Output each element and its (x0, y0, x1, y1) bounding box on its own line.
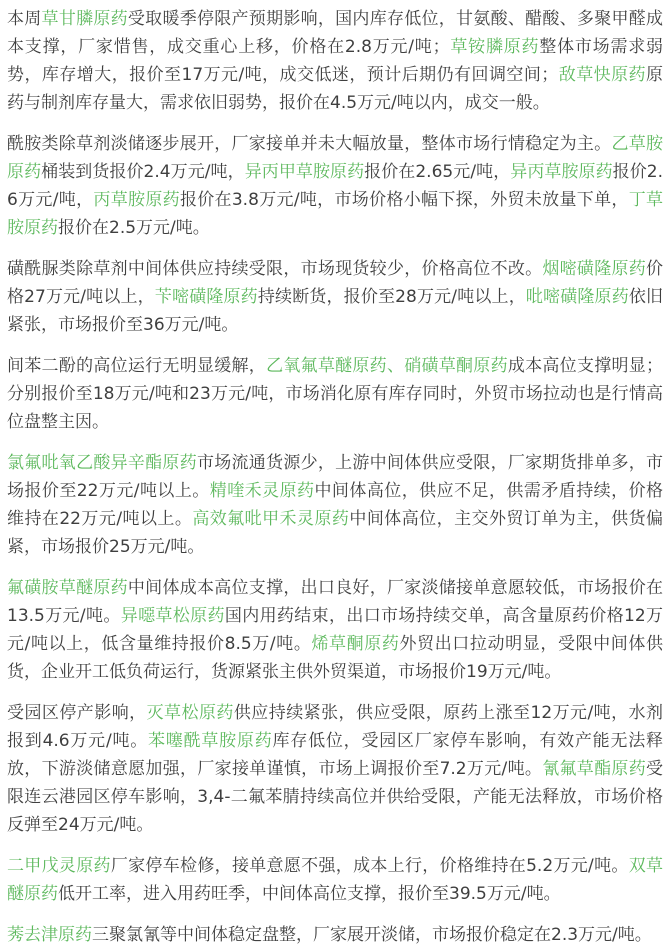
product-term: 氯氟吡氧乙酸异辛酯原药 (7, 453, 197, 473)
product-term: 苯噻酰草胺原药 (148, 731, 273, 751)
body-text: 低开工率，进入用药旺季，中间体高位支撑，报价至39.5万元/吨。 (58, 884, 561, 904)
paragraph: 酰胺类除草剂淡储逐步展开，厂家接单并未大幅放量，整体市场行情稳定为主。乙草胺原药… (7, 130, 663, 242)
product-term: 异噁草松原药 (121, 606, 225, 626)
product-term: 高效氟吡甲禾灵原药 (192, 509, 349, 529)
paragraph: 受园区停产影响，灭草松原药供应持续紧张，供应受限，原药上涨至12万元/吨，水剂报… (7, 699, 663, 839)
product-term: 烯草酮原药 (311, 634, 399, 654)
product-term: 苄嘧磺隆原药 (155, 287, 258, 307)
product-term: 草铵膦原药 (450, 37, 540, 57)
product-term: 敌草快原药 (558, 65, 646, 85)
product-term: 吡嘧磺隆原药 (526, 287, 629, 307)
product-term: 丙草胺原药 (93, 190, 180, 210)
body-text: 报价在2.5万元/吨。 (58, 218, 210, 238)
body-text: 间苯二酚的高位运行无明显缓解， (7, 356, 266, 376)
product-term: 氰氟草酯原药 (542, 759, 646, 779)
paragraph: 间苯二酚的高位运行无明显缓解，乙氧氟草醚原药、硝磺草酮原药成本高位支撑明显；分别… (7, 352, 663, 436)
market-report-page: 本周草甘膦原药受取暖季停限产预期影响，国内库存低位，甘氨酸、醋酸、多聚甲醛成本支… (0, 0, 670, 949)
paragraph: 莠去津原药三聚氯氰等中间体稳定盘整，厂家展开淡储，市场报价稳定在2.3万元/吨。 (7, 921, 663, 949)
product-term: 异丙甲草胺原药 (245, 162, 364, 182)
body-text: 本周 (7, 9, 42, 29)
product-term: 莠去津原药 (7, 925, 92, 945)
paragraph: 氟磺胺草醚原药中间体成本高位支撑，出口良好，厂家淡储接单意愿较低，市场报价在13… (7, 574, 663, 686)
body-text: 报价在2.65元/吨， (364, 162, 510, 182)
paragraph: 磺酰脲类除草剂中间体供应持续受限，市场现货较少，价格高位不改。烟嘧磺隆原药价格2… (7, 255, 663, 339)
body-text: 三聚氯氰等中间体稳定盘整，厂家展开淡储，市场报价稳定在2.3万元/吨。 (92, 925, 652, 945)
product-term: 二甲戊灵原药 (7, 856, 111, 876)
body-text: 厂家停车检修，接单意愿不强，成本上行，价格维持在5.2万元/吨。 (111, 856, 629, 876)
paragraph: 氯氟吡氧乙酸异辛酯原药市场流通货源少，上游中间体供应受限，厂家期货排单多，市场报… (7, 449, 663, 561)
body-text: 持续断货，报价至28万元/吨以上， (258, 287, 526, 307)
body-text: 磺酰脲类除草剂中间体供应持续受限，市场现货较少，价格高位不改。 (7, 259, 542, 279)
article-body: 本周草甘膦原药受取暖季停限产预期影响，国内库存低位，甘氨酸、醋酸、多聚甲醛成本支… (0, 0, 670, 949)
body-text: 酰胺类除草剂淡储逐步展开，厂家接单并未大幅放量，整体市场行情稳定为主。 (7, 134, 611, 154)
product-term: 异丙草胺原药 (510, 162, 612, 182)
body-text: 受园区停产影响， (7, 703, 147, 723)
product-term: 氟磺胺草醚原药 (7, 578, 128, 598)
product-term: 草甘膦原药 (42, 9, 128, 29)
body-text: 报价在3.8万元/吨，市场价格小幅下探，外贸未放量下单， (180, 190, 629, 210)
paragraph: 本周草甘膦原药受取暖季停限产预期影响，国内库存低位，甘氨酸、醋酸、多聚甲醛成本支… (7, 5, 663, 117)
product-term: 烟嘧磺隆原药 (542, 259, 646, 279)
product-term: 乙氧氟草醚原药、硝磺草酮原药 (266, 356, 508, 376)
paragraph: 二甲戊灵原药厂家停车检修，接单意愿不强，成本上行，价格维持在5.2万元/吨。双草… (7, 852, 663, 908)
product-term: 精喹禾灵原药 (210, 481, 315, 501)
product-term: 灭草松原药 (147, 703, 234, 723)
body-text: 桶装到货报价2.4万元/吨， (41, 162, 245, 182)
